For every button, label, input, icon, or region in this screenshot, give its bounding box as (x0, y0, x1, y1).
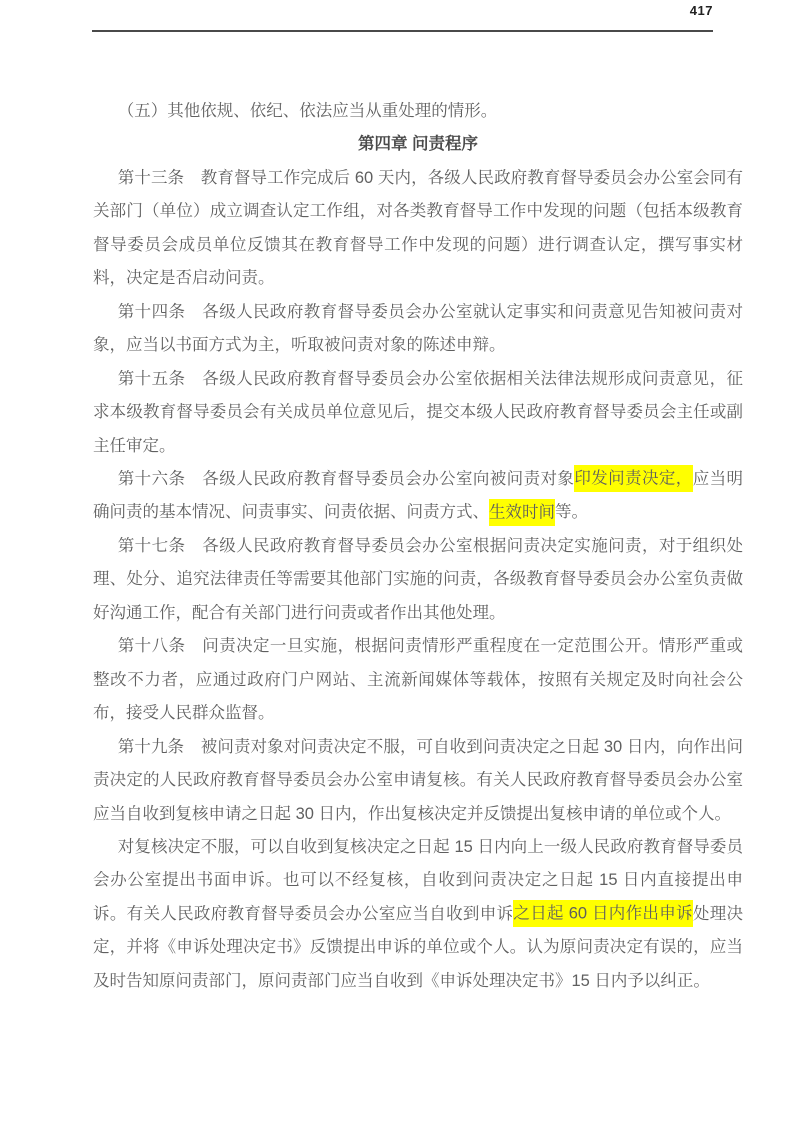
document-page: 417 （五）其他依规、依纪、依法应当从重处理的情形。第四章 问责程序第十三条 … (0, 0, 793, 1122)
highlighted-text: 印发问责决定， (574, 465, 692, 492)
article-19: 第十九条 被问责对象对问责决定不服，可自收到问责决定之日起 30 日内，向作出问… (93, 731, 743, 831)
page-header: 417 (92, 0, 713, 32)
text-segment: 第十五条 各级人民政府教育督导委员会办公室依据相关法律法规形成问责意见，征求本级… (93, 370, 743, 455)
article-14: 第十四条 各级人民政府教育督导委员会办公室就认定事实和问责意见告知被问责对象，应… (93, 296, 743, 363)
article-15: 第十五条 各级人民政府教育督导委员会办公室依据相关法律法规形成问责意见，征求本级… (93, 363, 743, 463)
text-segment: 第十三条 教育督导工作完成后 60 天内，各级人民政府教育督导委员会办公室会同有… (93, 169, 743, 287)
highlighted-text: 之日起 60 日内作出申诉 (513, 900, 693, 927)
highlighted-text: 生效时间 (489, 499, 555, 526)
clause-item-5: （五）其他依规、依纪、依法应当从重处理的情形。 (93, 95, 743, 128)
page-number: 417 (92, 0, 713, 18)
chapter-heading: 第四章 问责程序 (93, 128, 743, 161)
text-segment: 第四章 问责程序 (358, 135, 478, 153)
text-segment: 等。 (555, 503, 588, 521)
article-16: 第十六条 各级人民政府教育督导委员会办公室向被问责对象印发问责决定，应当明确问责… (93, 463, 743, 530)
text-segment: 第十七条 各级人民政府教育督导委员会办公室根据问责决定实施问责，对于组织处理、处… (93, 537, 743, 622)
text-segment: 第十四条 各级人民政府教育督导委员会办公室就认定事实和问责意见告知被问责对象，应… (93, 303, 743, 354)
text-segment: （五）其他依规、依纪、依法应当从重处理的情形。 (118, 102, 498, 120)
article-18: 第十八条 问责决定一旦实施，根据问责情形严重程度在一定范围公开。情形严重或整改不… (93, 630, 743, 730)
article-13: 第十三条 教育督导工作完成后 60 天内，各级人民政府教育督导委员会办公室会同有… (93, 162, 743, 296)
document-content: （五）其他依规、依纪、依法应当从重处理的情形。第四章 问责程序第十三条 教育督导… (93, 95, 743, 998)
appeal-paragraph: 对复核决定不服，可以自收到复核决定之日起 15 日内向上一级人民政府教育督导委员… (93, 831, 743, 998)
text-segment: 第十八条 问责决定一旦实施，根据问责情形严重程度在一定范围公开。情形严重或整改不… (93, 637, 743, 722)
article-17: 第十七条 各级人民政府教育督导委员会办公室根据问责决定实施问责，对于组织处理、处… (93, 530, 743, 630)
text-segment: 第十九条 被问责对象对问责决定不服，可自收到问责决定之日起 30 日内，向作出问… (93, 738, 743, 823)
text-segment: 第十六条 各级人民政府教育督导委员会办公室向被问责对象 (118, 470, 575, 488)
